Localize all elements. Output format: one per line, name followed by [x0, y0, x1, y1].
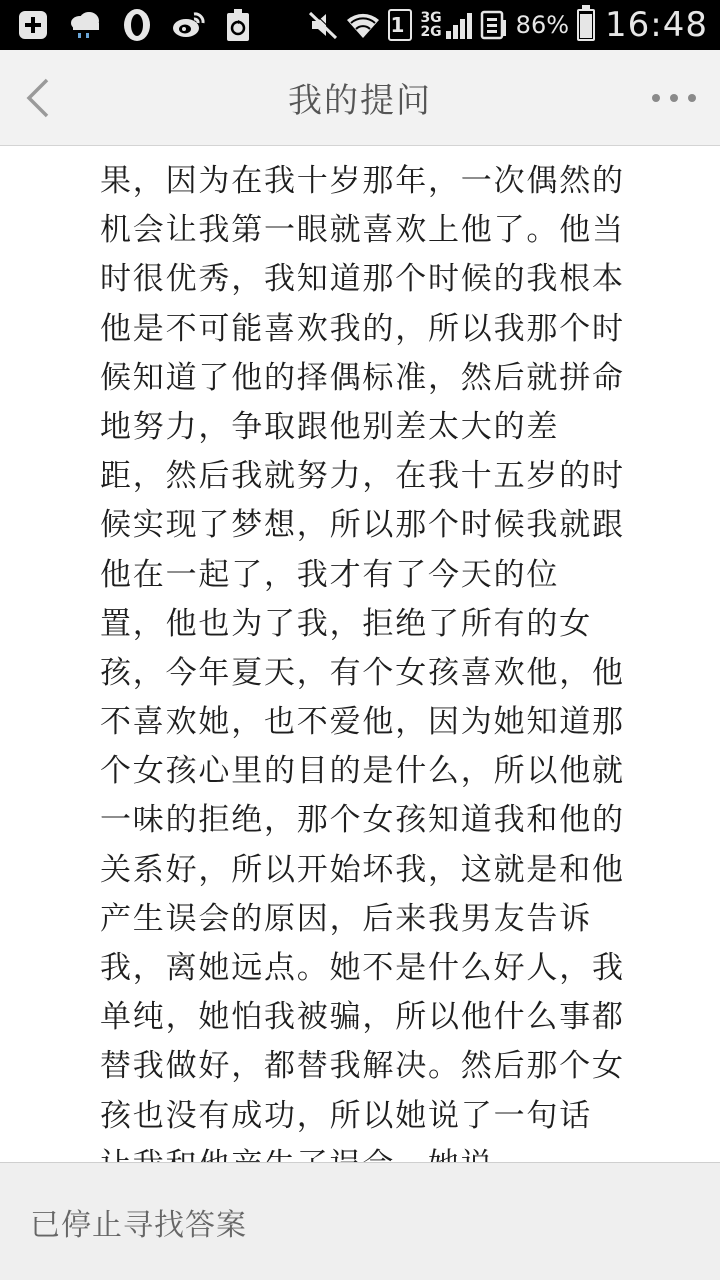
text-line: 我，离她远点。她不是什么好人，我 [100, 944, 670, 993]
weibo-icon [172, 10, 206, 40]
text-line: 一味的拒绝，那个女孩知道我和他的 [100, 796, 670, 845]
text-line: 孩也没有成功，所以她说了一句话 [100, 1092, 670, 1141]
text-line: 距，然后我就努力，在我十五岁的时 [100, 452, 670, 501]
add-box-icon [18, 10, 48, 40]
text-line: 不喜欢她，也不爱他，因为她知道那 [100, 698, 670, 747]
search-status-text: 已停止寻找答案 [30, 1200, 247, 1244]
sim1-icon: 1 [388, 9, 412, 41]
title-bar: 我的提问 [0, 50, 720, 146]
chevron-left-icon [23, 76, 53, 120]
mute-icon [308, 10, 338, 40]
signal-3g-2g-icon: 3G 2G [420, 11, 471, 39]
text-line: 孩，今年夏天，有个女孩喜欢他，他 [100, 649, 670, 698]
text-line: 机会让我第一眼就喜欢上他了。他当 [100, 206, 670, 255]
cloud-rain-icon [68, 10, 102, 40]
answer-search-status-bar: 已停止寻找答案 [0, 1162, 720, 1280]
data-icon [480, 10, 508, 40]
text-line: 关系好，所以开始坏我，这就是和他 [100, 846, 670, 895]
text-line: 候知道了他的择偶标准，然后就拼命 [100, 354, 670, 403]
text-line: 单纯，她怕我被骗，所以他什么事都 [100, 993, 670, 1042]
battery-percent: 86% [516, 11, 569, 39]
status-bar-system: 1 3G 2G 86% 16:48 [300, 5, 708, 45]
back-button[interactable] [14, 74, 62, 122]
text-line: 置，他也为了我，拒绝了所有的女 [100, 600, 670, 649]
text-line: 时很优秀，我知道那个时候的我根本 [100, 255, 670, 304]
wifi-icon [346, 10, 380, 40]
question-content[interactable]: 果，因为在我十岁那年，一次偶然的 机会让我第一眼就喜欢上他了。他当 时很优秀，我… [0, 147, 720, 1162]
text-line: 果，因为在我十岁那年，一次偶然的 [100, 157, 670, 206]
status-bar: 1 3G 2G 86% 16:48 [0, 0, 720, 50]
text-line: 地努力，争取跟他别差太大的差 [100, 403, 670, 452]
text-line: 候实现了梦想，所以那个时候我就跟 [100, 501, 670, 550]
recycle-battery-icon [226, 9, 250, 41]
page-title: 我的提问 [288, 73, 432, 122]
text-line: 他在一起了，我才有了今天的位 [100, 551, 670, 600]
text-line: 他是不可能喜欢我的，所以我那个时 [100, 305, 670, 354]
text-line: 替我做好，都替我解决。然后那个女 [100, 1042, 670, 1091]
clock: 16:48 [605, 5, 708, 45]
question-text: 果，因为在我十岁那年，一次偶然的 机会让我第一眼就喜欢上他了。他当 时很优秀，我… [100, 157, 670, 1162]
signal-bars [444, 11, 472, 39]
network-type-top: 3G [420, 11, 441, 25]
more-dots-icon [647, 94, 701, 102]
text-line: 产生误会的原因，后来我男友告诉 [100, 895, 670, 944]
network-type-bottom: 2G [420, 25, 441, 39]
text-line: 让我和他产生了误会，她说。。。 [100, 1141, 670, 1162]
opera-icon [122, 8, 152, 42]
battery-icon [577, 9, 595, 41]
status-bar-notifications [18, 8, 270, 42]
more-options-button[interactable] [646, 80, 702, 116]
text-line: 个女孩心里的目的是什么，所以他就 [100, 747, 670, 796]
